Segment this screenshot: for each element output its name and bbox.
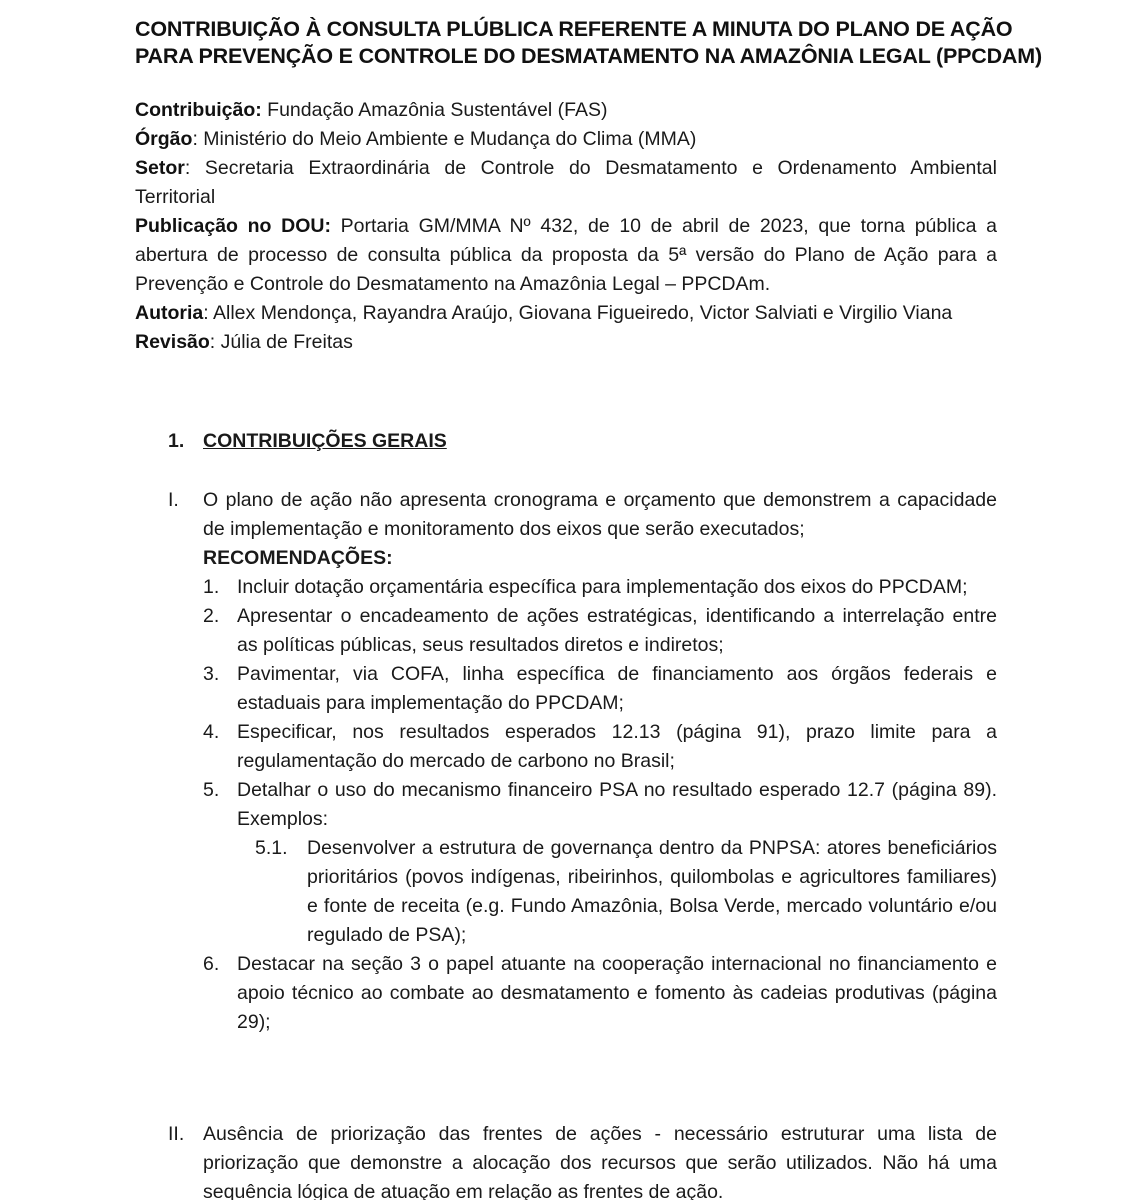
meta-value: : Allex Mendonça, Rayandra Araújo, Giova…	[203, 302, 952, 324]
meta-label: Revisão	[135, 331, 210, 353]
item-text: O plano de ação não apresenta cronograma…	[203, 486, 997, 544]
meta-autoria: Autoria: Allex Mendonça, Rayandra Araújo…	[135, 299, 997, 328]
list-number: 4.	[203, 718, 219, 747]
meta-label: Contribuição:	[135, 99, 262, 121]
item-ii: II. Ausência de priorização das frentes …	[168, 1120, 997, 1200]
meta-contribuicao: Contribuição: Fundação Amazônia Sustentá…	[135, 96, 997, 125]
section-heading: 1.CONTRIBUIÇÕES GERAIS	[168, 430, 447, 453]
list-number: 3.	[203, 660, 219, 689]
meta-value: : Júlia de Freitas	[210, 331, 353, 353]
meta-value: : Ministério do Meio Ambiente e Mudança …	[192, 128, 696, 150]
section-number: 1.	[168, 430, 203, 453]
section-title: CONTRIBUIÇÕES GERAIS	[203, 430, 447, 452]
roman-numeral: II.	[168, 1120, 184, 1149]
item-text: Ausência de priorização das frentes de a…	[203, 1120, 997, 1200]
list-number: 5.	[203, 776, 219, 805]
title-line-1: CONTRIBUIÇÃO À CONSULTA PLÚBLICA REFEREN…	[135, 16, 997, 43]
meta-orgao: Órgão: Ministério do Meio Ambiente e Mud…	[135, 125, 997, 154]
list-item: 4.Especificar, nos resultados esperados …	[203, 718, 997, 776]
meta-revisao: Revisão: Júlia de Freitas	[135, 328, 997, 357]
list-item: 2.Apresentar o encadeamento de ações est…	[203, 602, 997, 660]
list-text: Desenvolver a estrutura de governança de…	[307, 837, 997, 946]
list-number: 2.	[203, 602, 219, 631]
meta-value: Fundação Amazônia Sustentável (FAS)	[262, 99, 608, 121]
metadata-block: Contribuição: Fundação Amazônia Sustentá…	[135, 96, 997, 357]
meta-label: Setor	[135, 157, 185, 179]
recommendations-list: 1.Incluir dotação orçamentária específic…	[203, 573, 997, 1037]
list-text: Destacar na seção 3 o papel atuante na c…	[237, 953, 997, 1033]
list-item: 6.Destacar na seção 3 o papel atuante na…	[203, 950, 997, 1037]
meta-setor: Setor: Secretaria Extraordinária de Cont…	[135, 154, 997, 212]
sub-list-item: 5.1.Desenvolver a estrutura de governanç…	[255, 834, 997, 950]
list-text: Detalhar o uso do mecanismo financeiro P…	[237, 779, 997, 830]
roman-numeral: I.	[168, 486, 179, 515]
meta-publicacao: Publicação no DOU: Portaria GM/MMA Nº 43…	[135, 212, 997, 299]
list-number: 6.	[203, 950, 219, 979]
document-title: CONTRIBUIÇÃO À CONSULTA PLÚBLICA REFEREN…	[135, 16, 997, 70]
list-number: 1.	[203, 573, 219, 602]
meta-label: Órgão	[135, 128, 192, 150]
list-number: 5.1.	[255, 834, 288, 863]
title-line-2: PARA PREVENÇÃO E CONTROLE DO DESMATAMENT…	[135, 43, 997, 70]
meta-value: : Secretaria Extraordinária de Controle …	[135, 157, 997, 208]
recommendations-label: RECOMENDAÇÕES:	[203, 544, 997, 573]
list-item: 1.Incluir dotação orçamentária específic…	[203, 573, 997, 602]
list-text: Apresentar o encadeamento de ações estra…	[237, 605, 997, 656]
list-item: 3.Pavimentar, via COFA, linha específica…	[203, 660, 997, 718]
list-text: Especificar, nos resultados esperados 12…	[237, 721, 997, 772]
meta-label: Autoria	[135, 302, 203, 324]
list-text: Incluir dotação orçamentária específica …	[237, 576, 968, 598]
list-item: 5.Detalhar o uso do mecanismo financeiro…	[203, 776, 997, 950]
list-text: Pavimentar, via COFA, linha específica d…	[237, 663, 997, 714]
item-i: I. O plano de ação não apresenta cronogr…	[168, 486, 997, 1037]
sub-list: 5.1.Desenvolver a estrutura de governanç…	[237, 834, 997, 950]
meta-label: Publicação no DOU:	[135, 215, 331, 237]
